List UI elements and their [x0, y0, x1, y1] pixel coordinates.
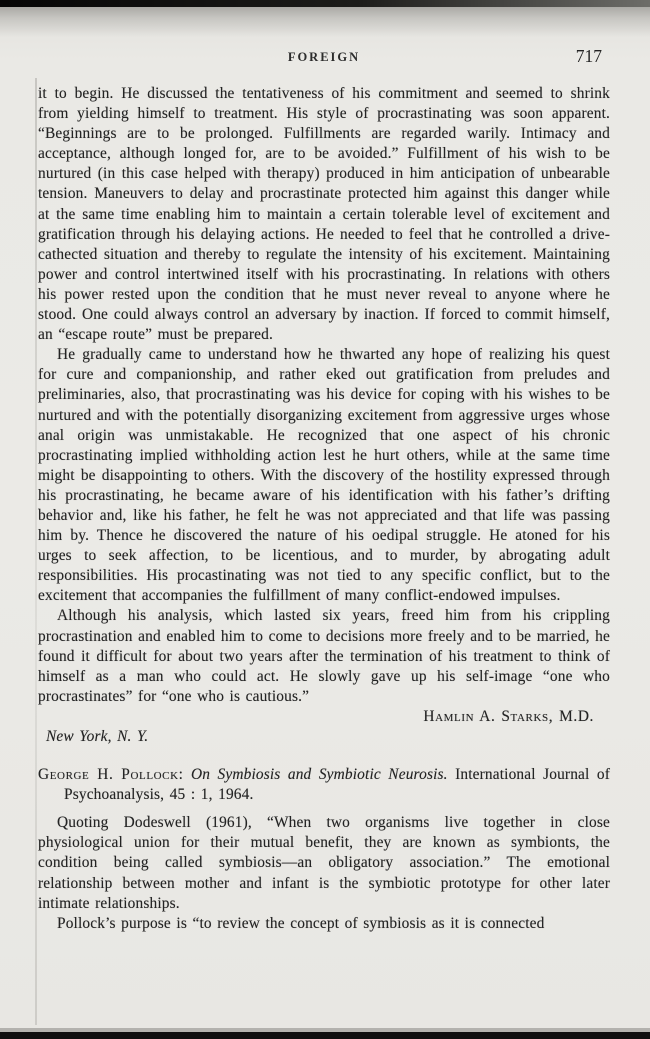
article-citation: George H. Pollock: On Symbiosis and Symb… — [38, 765, 610, 805]
running-head-title: FOREIGN — [38, 50, 610, 65]
scan-edge-bottom — [0, 1032, 650, 1039]
scanned-journal-page: FOREIGN 717 it to begin. He discussed th… — [0, 0, 650, 1039]
review-paragraph: He gradually came to understand how he t… — [38, 345, 610, 606]
review-paragraph: Quoting Dodeswell (1961), “When two orga… — [38, 813, 610, 913]
page-number: 717 — [576, 46, 602, 67]
reviewer-location: New York, N. Y. — [38, 727, 610, 747]
scan-shadow-top — [0, 7, 650, 37]
review-paragraph: it to begin. He discussed the tentativen… — [38, 84, 610, 345]
reviewer-signature: Hamlin A. Starks, M.D. — [38, 707, 610, 727]
running-header: FOREIGN 717 — [38, 50, 610, 70]
reviewer-name: Hamlin A. Starks, M.D. — [423, 708, 594, 725]
review-paragraph: Pollock’s purpose is “to review the conc… — [38, 914, 610, 934]
scan-edge-top — [0, 0, 650, 7]
review-paragraph: Although his analysis, which lasted six … — [38, 606, 610, 706]
body-text: it to begin. He discussed the tentativen… — [38, 84, 610, 934]
page-crease-line — [35, 78, 37, 1025]
citation-author: George H. Pollock: — [38, 766, 184, 783]
citation-title: On Symbiosis and Symbiotic Neurosis. — [191, 766, 448, 783]
